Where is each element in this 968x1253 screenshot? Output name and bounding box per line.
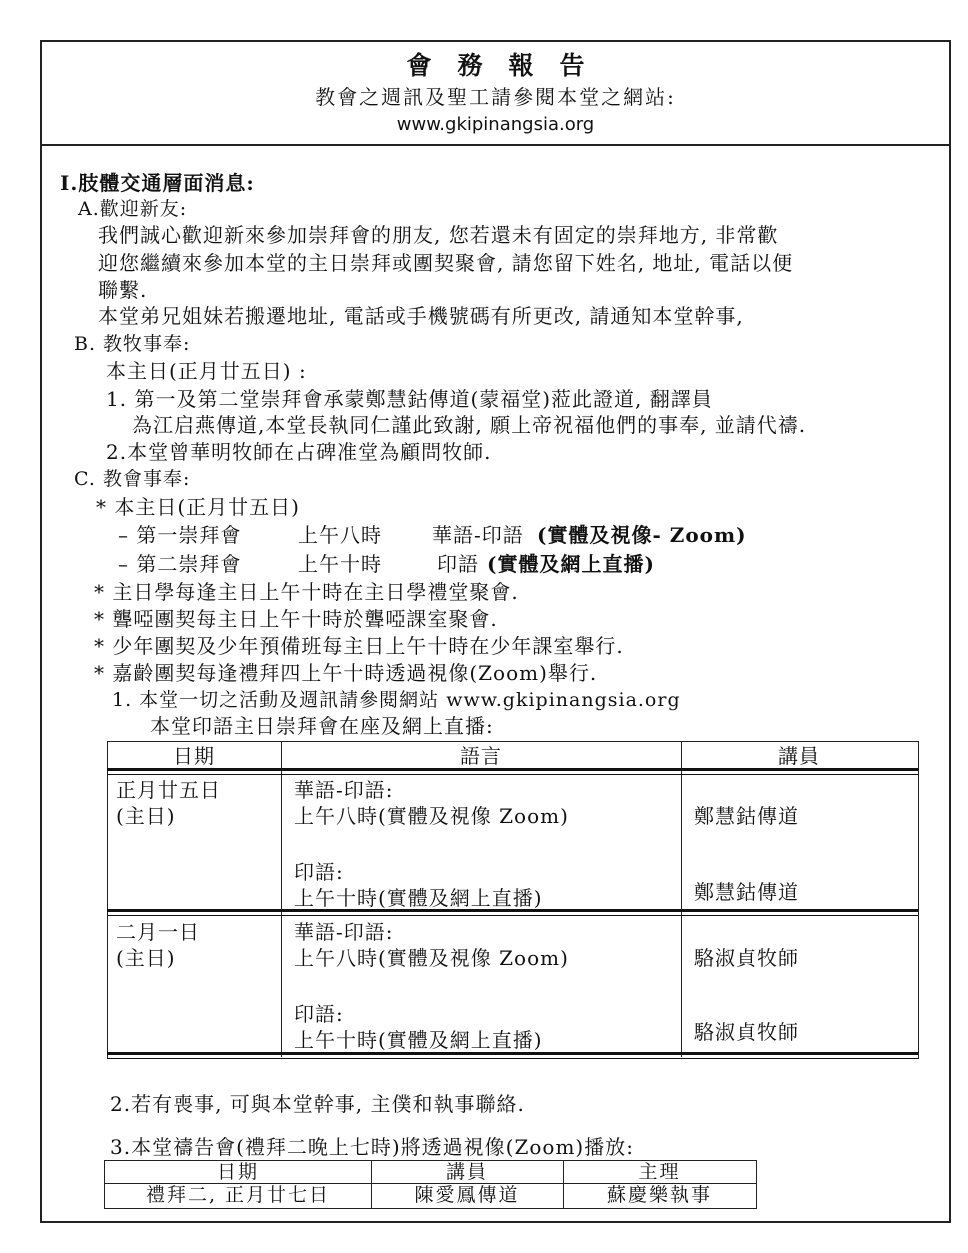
website-note: 1. 本堂一切之活動及週訊請參閱網站 www.gkipinangsia.org (112, 687, 681, 713)
prayer-header-leader: 主理 (563, 1161, 756, 1183)
service-name: – 第二崇拜會 (118, 551, 241, 577)
subsection-c-label: C. 教會事奉: (74, 466, 190, 492)
activity-bullet: * 聾啞團契每主日上午十時於聾啞課室聚會. (94, 606, 498, 632)
welcome-text-line: 聯繫. (98, 277, 147, 303)
service-time: 上午十時 (298, 551, 382, 577)
page-subtitle: 教會之週訊及聖工請參閱本堂之網站: (42, 81, 949, 110)
prayer-date: 禮拜二, 正月廿七日 (105, 1184, 371, 1206)
subsection-b-label: B. 教牧事奉: (74, 331, 190, 357)
row-language-time: 上午十時(實體及網上直播) (294, 1026, 543, 1054)
service-mode: (實體及視像- Zoom) (537, 522, 747, 548)
livestream-note: 本堂印語主日崇拜會在座及網上直播: (150, 713, 494, 739)
activity-bullet: * 少年團契及少年預備班每主日上午十時在少年課室舉行. (94, 633, 624, 659)
welcome-text-line: 本堂弟兄姐妹若搬遷地址, 電話或手機號碼有所更改, 請通知本堂幹事, (98, 303, 744, 329)
row-speaker: 鄭慧鈷傳道 (694, 802, 799, 830)
row-date: 正月廿五日 (116, 776, 221, 804)
activity-bullet: * 主日學每逢主日上午十時在主日學禮堂聚會. (94, 579, 519, 605)
website-link[interactable]: www.gkipinangsia.org (42, 114, 949, 135)
row-language-label: 華語-印語: (294, 776, 394, 804)
welcome-text-line: 迎您繼續來參加本堂的主日崇拜或團契聚會, 請您留下姓名, 地址, 電話以便 (98, 250, 793, 276)
prayer-header-date: 日期 (105, 1161, 371, 1183)
prayer-table: 日期 講員 主理 禮拜二, 正月廿七日 陳愛鳳傳道 蘇慶樂執事 (104, 1160, 757, 1209)
service-language: 印語 (437, 551, 479, 577)
table-header-speaker: 講員 (681, 742, 917, 770)
service-mode: (實體及網上直播) (487, 551, 655, 577)
table-header-date: 日期 (107, 742, 281, 770)
row-language-time: 上午十時(實體及網上直播) (294, 884, 543, 912)
row-language-label: 印語: (294, 1000, 344, 1028)
prayer-header-speaker: 講員 (371, 1161, 563, 1183)
row-language-label: 印語: (294, 858, 344, 886)
row-date: 二月一日 (116, 918, 200, 946)
table-header-language: 語言 (281, 742, 681, 770)
pastoral-item: 2.本堂曾華明牧師在占碑准堂為顧問牧師. (106, 439, 491, 465)
table-divider (681, 741, 682, 1057)
page-title: 會務報告 (42, 46, 949, 82)
pastoral-date-line: 本主日(正月廿五日) : (106, 358, 307, 384)
row-day: (主日) (116, 802, 176, 830)
row-speaker: 駱淑貞牧師 (694, 944, 799, 972)
prayer-leader: 蘇慶樂執事 (563, 1184, 756, 1206)
row-day: (主日) (116, 944, 176, 972)
pastoral-item-continued: 為江启燕傳道,本堂長執同仁謹此致謝, 願上帝祝福他們的事奉, 並請代禱. (132, 412, 806, 438)
row-language-time: 上午八時(實體及視像 Zoom) (294, 802, 569, 830)
church-date-line: * 本主日(正月廿五日) (96, 494, 300, 520)
prayer-speaker: 陳愛鳳傳道 (371, 1184, 563, 1206)
pastoral-item: 1. 第一及第二堂崇拜會承蒙鄭慧鈷傳道(蒙福堂)蒞此證道, 翻譯員 (106, 386, 713, 412)
activity-bullet: * 嘉齡團契每逢禮拜四上午十時透過視像(Zoom)舉行. (94, 660, 597, 686)
row-speaker: 駱淑貞牧師 (694, 1018, 799, 1046)
welcome-text-line: 我們誠心歡迎新來參加崇拜會的朋友, 您若還未有固定的崇拜地方, 非常歡 (98, 222, 778, 248)
funeral-note: 2.若有喪事, 可與本堂幹事, 主僕和執事聯絡. (110, 1091, 525, 1117)
document-header: 會務報告 教會之週訊及聖工請參閱本堂之網站: www.gkipinangsia.… (42, 42, 949, 146)
row-speaker: 鄭慧鈷傳道 (694, 878, 799, 906)
subsection-a-label: A.歡迎新友: (78, 196, 187, 222)
table-divider (281, 741, 282, 1057)
section-heading: I.肢體交通層面消息: (60, 170, 255, 196)
row-language-label: 華語-印語: (294, 918, 394, 946)
service-name: – 第一崇拜會 (118, 522, 241, 548)
service-language: 華語-印語 (432, 522, 524, 548)
prayer-meeting-note: 3.本堂禱告會(禮拜二晚上七時)將透過視像(Zoom)播放: (110, 1134, 634, 1160)
service-time: 上午八時 (298, 522, 382, 548)
row-language-time: 上午八時(實體及視像 Zoom) (294, 944, 569, 972)
